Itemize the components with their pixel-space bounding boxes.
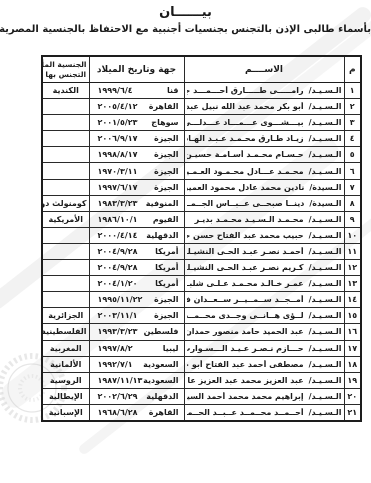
honorific-prefix: الـسيدة/ (309, 199, 341, 208)
applicant-name: عبد الحميد حامد منصور حمدان رضوان ماضى (187, 327, 304, 336)
birth-date: ١٩٩٢/٧/١ (98, 360, 133, 369)
table-row: ٢١ الـسـيـد/ أحــمــد محــمــد عــبــد ا… (42, 404, 361, 421)
table-row: ١٢ الـسـيـد/ كـريم نصـر عبـد الحـى النشي… (42, 260, 361, 276)
birth-cell: القاهرة ٢٠٠٥/٤/١٢ (89, 99, 184, 115)
birth-place: الجيزة (154, 167, 178, 176)
birth-place: الجيزة (154, 134, 178, 143)
honorific-prefix: الـسـيـد/ (309, 102, 342, 111)
table-row: ١٤ الـسـيـد/ أمــجــد ســمــيــر ســعــد… (42, 292, 361, 308)
table-row: ١٣ الـسـيـد/ عمـر خـالـد محـمـد عـلـى شل… (42, 276, 361, 292)
applicant-name: حـسـام محـمـد أسـامـة حسيـن شريف (187, 150, 304, 159)
birth-date: ١٩٨٧/١١/١٣ (98, 376, 143, 385)
row-number: ١٥ (344, 308, 361, 324)
honorific-prefix: الـسـيـد/ (309, 279, 342, 288)
nationality-cell (42, 260, 89, 276)
honorific-prefix: الـسـيـد/ (309, 344, 342, 353)
applicant-name: أمــجــد ســمــيــر ســعــدان فهيــم (187, 295, 304, 304)
table-body: ١ الـسـيـد/ رامـــــى طـــــارق أحـــمــ… (42, 83, 361, 421)
birth-date: ١٩٦٨/٦/٢٨ (98, 408, 138, 417)
row-number: ١١ (344, 243, 361, 259)
nationality-cell: كومنولث دومينيكا (42, 195, 89, 211)
applicant-name: حـــازم نـصـر عـيـد الـــسـوارت نصـر (187, 344, 304, 353)
applicants-table: م الاســــم جهة وتاريخ الميلاد الجنسية ا… (41, 55, 362, 422)
applicant-name: أحمـد نصـر عبـد الحـى النشيـلـى (187, 247, 304, 256)
table-row: ١٨ الـسـيـد/ مصطفى أحمد عبد الفتاح أبو ح… (42, 356, 361, 372)
name-cell: الـسـيـد/ أمــجــد ســمــيــر ســعــدان … (184, 292, 344, 308)
nationality-cell: الإيطالية (42, 388, 89, 404)
header-number: م (344, 56, 361, 83)
birth-cell: الجيزة ١٩٩٨/٨/١٧ (89, 147, 184, 163)
row-number: ٦ (344, 163, 361, 179)
table-row: ١٩ الـسـيـد/ عبد العزيز محمد عبد العزيز … (42, 372, 361, 388)
birth-cell: أمريكا ٢٠٠٤/٩/٢٨ (89, 260, 184, 276)
birth-date: ٢٠٠٤/٩/٢٨ (98, 263, 138, 272)
table-header: م الاســــم جهة وتاريخ الميلاد الجنسية ا… (42, 56, 361, 83)
name-cell: الـسـيـد/ أحــمــد محــمــد عــبــد الحـ… (184, 404, 344, 421)
honorific-prefix: الـسـيـد/ (309, 150, 342, 159)
table-row: ٧ الـسيدة/ نادين محمد عادل محمود العميرى… (42, 179, 361, 195)
name-cell: الـسـيـد/ أبو بكر محمد عبد الله نبيل عبد… (184, 99, 344, 115)
row-number: ٢ (344, 99, 361, 115)
row-number: ٨ (344, 195, 361, 211)
row-number: ٥ (344, 147, 361, 163)
table-row: ١٠ الـسـيـد/ حبيب محمد عبد الفتاح حسن حب… (42, 227, 361, 243)
honorific-prefix: الـسـيـد/ (309, 215, 342, 224)
name-cell: الـسـيـد/ حـــازم نـصـر عـيـد الـــسـوار… (184, 340, 344, 356)
nationality-cell (42, 115, 89, 131)
row-number: ٣ (344, 115, 361, 131)
name-cell: الـسـيـد/ إبراهيم محمد محمد أحمد السيد ص… (184, 388, 344, 404)
table-row: ٣ الـسـيـد/ بيـــشـــوى عـــمـــاد عـــد… (42, 115, 361, 131)
birth-place: المنوفية (146, 199, 179, 208)
name-cell: الـسـيـد/ عمـر خـالـد محـمـد عـلـى شلبـى (184, 276, 344, 292)
birth-place: القاهرة (149, 408, 179, 417)
birth-cell: الجيزة ١٩٧٠/٣/١١ (89, 163, 184, 179)
applicant-name: عمـر خـالـد محـمـد عـلـى شلبـى (187, 279, 304, 288)
applicant-name: نادين محمد عادل محمود العميرى (187, 183, 305, 192)
applicant-name: مصطفى أحمد عبد الفتاح أبو حمرة (187, 360, 304, 369)
birth-date: ١٩٩٣/٣/٢٣ (98, 327, 138, 336)
birth-cell: أمريكا ٢٠٠٤/٩/٢٨ (89, 243, 184, 259)
applicant-name: محـمـد الـسـيـد محـمـد بديـر (187, 215, 304, 224)
birth-date: ١٩٩٧/٦/١٧ (98, 183, 138, 192)
nationality-cell (42, 147, 89, 163)
nationality-cell: الفلسطينية (42, 324, 89, 340)
birth-place: السعودية (143, 376, 178, 385)
birth-cell: الجيزة ١٩٩٥/١١/٢٢ (89, 292, 184, 308)
name-cell: الـسـيـد/ حـسـام محـمـد أسـامـة حسيـن شر… (184, 147, 344, 163)
header-name: الاســــم (184, 56, 344, 83)
birth-place: السعودية (143, 360, 178, 369)
honorific-prefix: الـسـيـد/ (309, 376, 342, 385)
nationality-cell (42, 276, 89, 292)
table-row: ٥ الـسـيـد/ حـسـام محـمـد أسـامـة حسيـن … (42, 147, 361, 163)
header-birth: جهة وتاريخ الميلاد (89, 56, 184, 83)
honorific-prefix: الـسـيـد/ (309, 231, 342, 240)
birth-cell: الفيوم ١٩٨٦/١٠/١ (89, 211, 184, 227)
table-row: ١٦ الـسـيـد/ عبد الحميد حامد منصور حمدان… (42, 324, 361, 340)
applicant-name: بيـــشـــوى عـــمـــاد عـــدلـــى خـــيـ… (187, 118, 304, 127)
name-cell: الـسـيـد/ كـريم نصـر عبـد الحـى النشيـلـ… (184, 260, 344, 276)
honorific-prefix: الـسـيـد/ (309, 327, 342, 336)
nationality-cell: الكندية (42, 83, 89, 99)
birth-cell: ليبيا ١٩٩٧/٨/٢ (89, 340, 184, 356)
birth-place: أمريكا (155, 263, 178, 272)
birth-date: ٢٠٠٤/١/٢٠ (98, 279, 138, 288)
birth-place: الدقهلية (146, 392, 178, 401)
name-cell: الـسيدة/ دينــا صبحــى عــبــاس الجــمــ… (184, 195, 344, 211)
birth-cell: السعودية ١٩٨٧/١١/١٣ (89, 372, 184, 388)
birth-place: أمريكا (155, 247, 178, 256)
name-cell: الـسـيـد/ عبد العزيز محمد عبد العزيز عام… (184, 372, 344, 388)
applicant-name: دينــا صبحــى عــبــاس الجــمــال (187, 199, 305, 208)
nationality-cell (42, 227, 89, 243)
table-row: ٦ الـسـيـد/ محـمـد عـــادل محـمـود العـم… (42, 163, 361, 179)
name-cell: الـسـيـد/ محـمـد الـسـيـد محـمـد بديـر (184, 211, 344, 227)
birth-place: الفيوم (153, 215, 179, 224)
row-number: ١٨ (344, 356, 361, 372)
honorific-prefix: الـسـيـد/ (309, 392, 342, 401)
birth-cell: قنا ١٩٩٩/٦/٤ (89, 83, 184, 99)
honorific-prefix: الـسـيـد/ (309, 167, 342, 176)
row-number: ١ (344, 83, 361, 99)
birth-date: ٢٠٠٣/١١/١ (98, 311, 138, 320)
nationality-cell: الجزائرية (42, 308, 89, 324)
birth-place: سوهاج (151, 118, 178, 127)
honorific-prefix: الـسـيـد/ (309, 311, 342, 320)
applicant-name: عبد العزيز محمد عبد العزيز عامرة (187, 376, 304, 385)
birth-cell: القاهرة ١٩٦٨/٦/٢٨ (89, 404, 184, 421)
birth-place: فلسطين (144, 327, 179, 336)
name-cell: الـسـيـد/ حبيب محمد عبد الفتاح حسن حبيب (184, 227, 344, 243)
table-row: ٢ الـسـيـد/ أبو بكر محمد عبد الله نبيل ع… (42, 99, 361, 115)
row-number: ٢٠ (344, 388, 361, 404)
row-number: ٧ (344, 179, 361, 195)
nationality-cell (42, 99, 89, 115)
honorific-prefix: الـسيدة/ (309, 183, 341, 192)
applicant-name: أحــمــد محــمــد عــبــد الحــمــيــد ه… (187, 408, 304, 417)
honorific-prefix: الـسـيـد/ (309, 263, 342, 272)
table-row: ١٧ الـسـيـد/ حـــازم نـصـر عـيـد الـــسـ… (42, 340, 361, 356)
page-subtitle: بأسماء طالبى الإذن بالتجنس بجنسيات أجنبي… (0, 24, 371, 35)
birth-place: القاهرة (149, 102, 179, 111)
applicant-name: حبيب محمد عبد الفتاح حسن حبيب (187, 231, 304, 240)
applicant-name: إبراهيم محمد محمد أحمد السيد صالح (187, 392, 304, 401)
table-row: ٩ الـسـيـد/ محـمـد الـسـيـد محـمـد بديـر… (42, 211, 361, 227)
name-cell: الـسـيـد/ مصطفى أحمد عبد الفتاح أبو حمرة (184, 356, 344, 372)
birth-date: ٢٠٠٢/٦/٢٩ (98, 392, 138, 401)
birth-date: ٢٠٠٥/٤/١٢ (98, 102, 138, 111)
row-number: ١٤ (344, 292, 361, 308)
birth-date: ٢٠٠٤/٩/٢٨ (98, 247, 138, 256)
header-nationality: الجنسية المأذون التجنس بها (42, 56, 89, 83)
birth-date: ١٩٨٦/١٠/١ (98, 215, 138, 224)
birth-date: ١٩٨٣/٣/٢٣ (98, 199, 138, 208)
honorific-prefix: الـسـيـد/ (309, 247, 342, 256)
honorific-prefix: الـسـيـد/ (309, 360, 342, 369)
nationality-cell (42, 243, 89, 259)
nationality-cell: الأمريكية (42, 211, 89, 227)
honorific-prefix: الـسـيـد/ (309, 118, 342, 127)
honorific-prefix: الـسـيـد/ (309, 295, 342, 304)
row-number: ١٩ (344, 372, 361, 388)
table-row: ٨ الـسيدة/ دينــا صبحــى عــبــاس الجــم… (42, 195, 361, 211)
birth-cell: السعودية ١٩٩٢/٧/١ (89, 356, 184, 372)
name-cell: الـسـيـد/ رامـــــى طـــــارق أحـــمـــد… (184, 83, 344, 99)
birth-cell: الدقهلية ٢٠٠٠/٤/١٤ (89, 227, 184, 243)
name-cell: الـسـيـد/ عبد الحميد حامد منصور حمدان رض… (184, 324, 344, 340)
birth-date: ٢٠٠٠/٤/١٤ (98, 231, 138, 240)
birth-date: ١٩٩٧/٨/٢ (98, 344, 133, 353)
birth-date: ١٩٧٠/٣/١١ (98, 167, 138, 176)
birth-cell: الجيزة ٢٠٠٦/٩/١٧ (89, 131, 184, 147)
applicant-name: رامـــــى طـــــارق أحـــمـــد جـــلال (187, 86, 304, 95)
applicant-name: محـمـد عـــادل محـمـود العـمـيـرى (187, 167, 304, 176)
nationality-cell (42, 179, 89, 195)
document-page: بيــــــان بأسماء طالبى الإذن بالتجنس بج… (0, 0, 371, 483)
applicant-name: لــؤى هــانــى وجــدى محــمــد عــزت (187, 311, 304, 320)
row-number: ٤ (344, 131, 361, 147)
birth-place: الجيزة (154, 150, 178, 159)
nationality-cell: الإسبانية (42, 404, 89, 421)
row-number: ٢١ (344, 404, 361, 421)
applicant-name: زيـاد طـارق محـمـد عـبـد الهـادى قنديـل (187, 134, 304, 143)
birth-place: أمريكا (155, 279, 178, 288)
birth-cell: الجيزة ١٩٩٧/٦/١٧ (89, 179, 184, 195)
row-number: ١٦ (344, 324, 361, 340)
birth-date: ١٩٩٩/٦/٤ (98, 86, 133, 95)
table-row: ٢٠ الـسـيـد/ إبراهيم محمد محمد أحمد السي… (42, 388, 361, 404)
birth-place: الجيزة (154, 311, 178, 320)
birth-cell: أمريكا ٢٠٠٤/١/٢٠ (89, 276, 184, 292)
nationality-cell (42, 131, 89, 147)
page-title: بيــــــان (0, 5, 371, 20)
birth-place: قنا (167, 86, 179, 95)
birth-date: ٢٠٠٦/٩/١٧ (98, 134, 138, 143)
name-cell: الـسـيـد/ زيـاد طـارق محـمـد عـبـد الهـا… (184, 131, 344, 147)
honorific-prefix: الـسـيـد/ (309, 86, 342, 95)
row-number: ١٠ (344, 227, 361, 243)
header-nationality-line1: الجنسية المأذون (45, 60, 87, 69)
nationality-cell (42, 163, 89, 179)
nationality-cell: المغربية (42, 340, 89, 356)
birth-cell: المنوفية ١٩٨٣/٣/٢٣ (89, 195, 184, 211)
birth-place: ليبيا (163, 344, 179, 353)
nationality-cell: الروسية (42, 372, 89, 388)
name-cell: الـسيدة/ نادين محمد عادل محمود العميرى (184, 179, 344, 195)
row-number: ١٢ (344, 260, 361, 276)
table-row: ١ الـسـيـد/ رامـــــى طـــــارق أحـــمــ… (42, 83, 361, 99)
birth-cell: الجيزة ٢٠٠٣/١١/١ (89, 308, 184, 324)
nationality-cell (42, 292, 89, 308)
applicant-name: أبو بكر محمد عبد الله نبيل عبد الله سلام (187, 102, 304, 111)
row-number: ١٧ (344, 340, 361, 356)
birth-date: ١٩٩٥/١١/٢٢ (98, 295, 143, 304)
row-number: ١٣ (344, 276, 361, 292)
table-row: ١١ الـسـيـد/ أحمـد نصـر عبـد الحـى النشي… (42, 243, 361, 259)
birth-date: ١٩٩٨/٨/١٧ (98, 150, 138, 159)
honorific-prefix: الـسـيـد/ (309, 408, 342, 417)
table-row: ١٥ الـسـيـد/ لــؤى هــانــى وجــدى محــم… (42, 308, 361, 324)
row-number: ٩ (344, 211, 361, 227)
nationality-cell: الألمانية (42, 356, 89, 372)
birth-cell: سوهاج ٢٠٠١/٥/٢٣ (89, 115, 184, 131)
birth-cell: الدقهلية ٢٠٠٢/٦/٢٩ (89, 388, 184, 404)
name-cell: الـسـيـد/ بيـــشـــوى عـــمـــاد عـــدلـ… (184, 115, 344, 131)
birth-place: الدقهلية (146, 231, 178, 240)
honorific-prefix: الـسـيـد/ (309, 134, 342, 143)
name-cell: الـسـيـد/ لــؤى هــانــى وجــدى محــمــد… (184, 308, 344, 324)
birth-cell: فلسطين ١٩٩٣/٣/٢٣ (89, 324, 184, 340)
header-nationality-line2: التجنس بها (45, 70, 87, 79)
birth-place: الجيزة (154, 295, 178, 304)
table-row: ٤ الـسـيـد/ زيـاد طـارق محـمـد عـبـد اله… (42, 131, 361, 147)
birth-date: ٢٠٠١/٥/٢٣ (98, 118, 138, 127)
applicant-name: كـريم نصـر عبـد الحـى النشيـلـى (187, 263, 304, 272)
birth-place: الجيزة (154, 183, 178, 192)
name-cell: الـسـيـد/ أحمـد نصـر عبـد الحـى النشيـلـ… (184, 243, 344, 259)
name-cell: الـسـيـد/ محـمـد عـــادل محـمـود العـمـي… (184, 163, 344, 179)
